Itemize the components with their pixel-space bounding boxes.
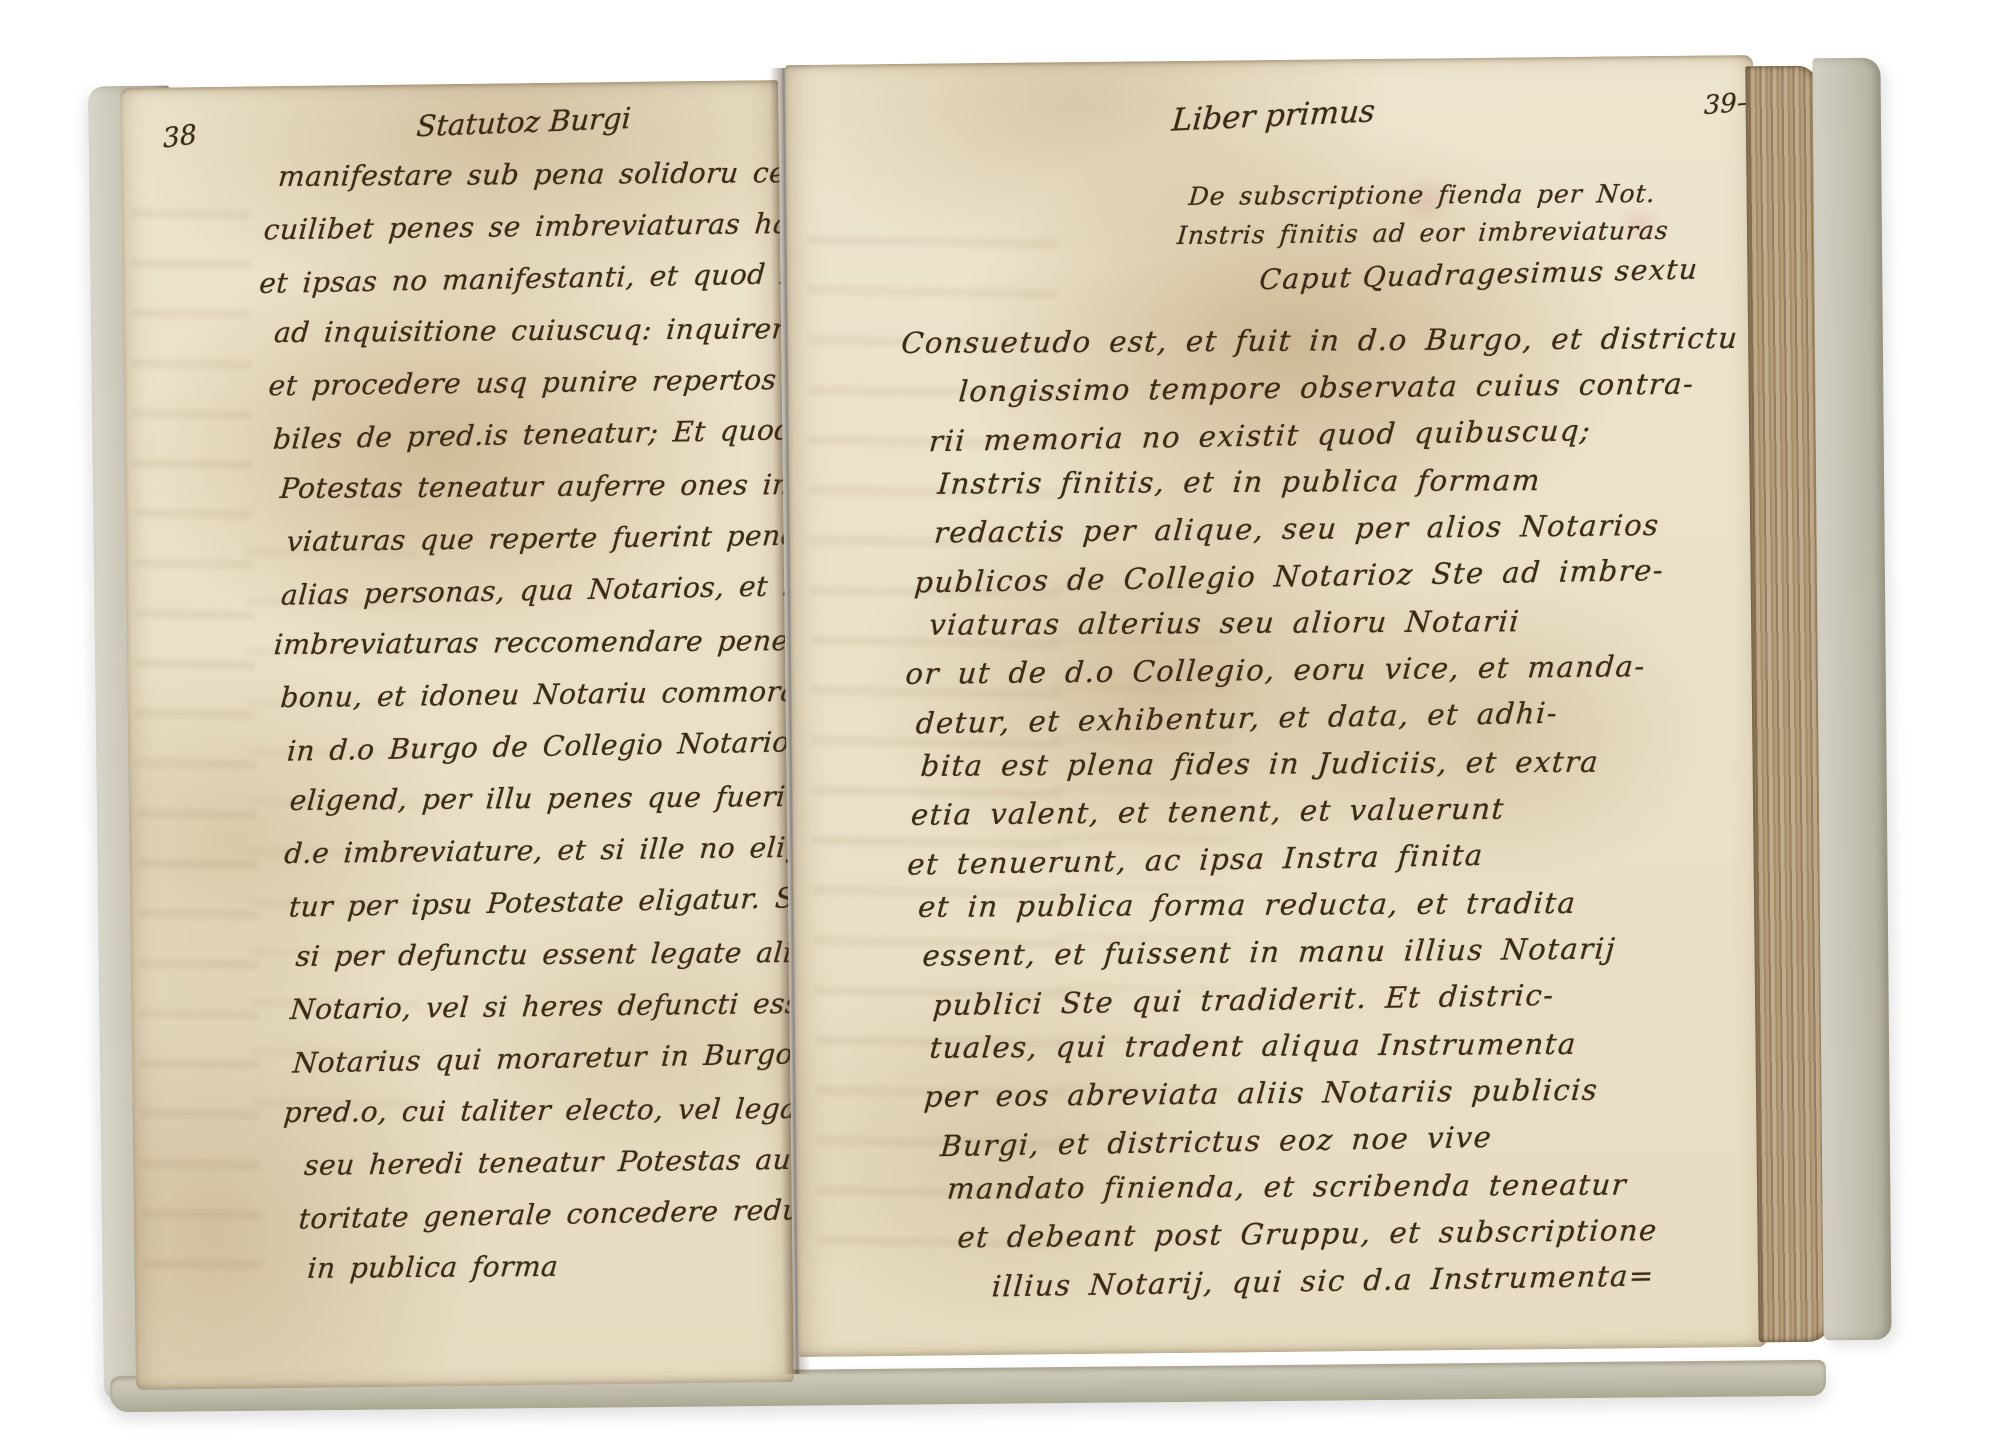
- photo-background: 38 Statutoz Burgi manifestare sub pena s…: [0, 0, 2000, 1456]
- manuscript-line: alias personas, qua Notarios, et ipsas: [279, 560, 789, 621]
- bleed-through-text-left: [130, 206, 263, 1287]
- manuscript-line: toritate generale concedere reducend: [297, 1184, 794, 1245]
- manuscript-line: pred.o, cui taliter electo, vel legato: [282, 1083, 794, 1139]
- manuscript-line: manifestare sub pena solidoru centu Ste: [276, 147, 784, 203]
- manuscript-line: imbreviaturas reccomendare penes unu: [272, 615, 790, 671]
- right-page-text-block: Consuetudo est, et fuit in d.o Burgo, et…: [896, 313, 1767, 1309]
- running-title-left: Statutoz Burgi: [415, 101, 632, 143]
- manuscript-line: Instris finitis, et in publica formam: [936, 456, 1767, 508]
- left-page: 38 Statutoz Burgi manifestare sub pena s…: [120, 80, 794, 1390]
- manuscript-line: in publica forma: [306, 1239, 794, 1295]
- book-cover-right-edge: [1812, 58, 1891, 1341]
- folio-number-left: 38: [162, 119, 198, 155]
- manuscript-line: eligend, per illu penes que fuerint: [288, 771, 792, 827]
- manuscript-line: et in publica forma reducta, et tradita: [916, 879, 1766, 931]
- manuscript-line: in d.o Burgo de Collegio Notarioz Ste: [285, 716, 791, 777]
- manuscript-line: Consuetudo est, et fuit in d.o Burgo, et…: [899, 315, 1766, 367]
- manuscript-line: tur per ipsu Potestate eligatur. Salvo: [287, 872, 793, 933]
- manuscript-line: biles de pred.is teneatur; Et quod dus: [271, 404, 787, 465]
- manuscript-line: si per defunctu essent legate alicui: [294, 927, 794, 983]
- manuscript-line: viaturas que reperte fuerint penes: [285, 510, 789, 568]
- manuscript-line: cuilibet penes se imbreviaturas haberti: [262, 198, 785, 256]
- manuscript-line: De subscriptione fienda per Not.: [1187, 175, 1670, 216]
- manuscript-line: bonu, et idoneu Notariu commorante: [279, 666, 791, 724]
- running-title-right: Liber primus: [1171, 93, 1377, 138]
- manuscript-line: et procedere usq punire repertos culpa-: [267, 354, 787, 412]
- chapter-heading: De subscriptione fienda per Not. Instris…: [1188, 174, 1668, 255]
- right-page: Liber primus 39– De subscriptione fienda…: [785, 55, 1766, 1357]
- manuscript-line: seu heredi teneatur Potestas auc-: [302, 1134, 794, 1192]
- manuscript-line: tuales, qui tradent aliqua Instrumenta: [928, 1020, 1767, 1072]
- manuscript-line: ad inquisitione cuiuscuq: inquirere: [272, 303, 786, 359]
- left-page-text-block: manifestare sub pena solidoru centu Ste …: [258, 146, 794, 1296]
- manuscript-line: Potestas teneatur auferre ones imbre-: [278, 459, 788, 515]
- folio-number-right: 39–: [1704, 87, 1750, 121]
- manuscript-line: Instris finitis ad eor imbreviaturas: [1176, 212, 1671, 255]
- manuscript-line: Notario, vel si heres defuncti esset: [288, 978, 794, 1036]
- manuscript-line: mandato finienda, et scribenda teneatur: [945, 1161, 1766, 1213]
- manuscript-line: et ipsas no manifestanti, et quod D. Pot…: [258, 248, 786, 310]
- manuscript-line: Notarius qui moraretur in Burgo: [291, 1028, 794, 1089]
- manuscript-line: viaturas alterius seu alioru Notarii: [927, 597, 1766, 649]
- chapter-number: Caput Quadragesimus sextu: [1258, 252, 1700, 296]
- manuscript-line: bita est plena fides in Judiciis, et ext…: [919, 738, 1767, 790]
- manuscript-line: d.e imbreviature, et si ille no eliga-: [282, 822, 792, 880]
